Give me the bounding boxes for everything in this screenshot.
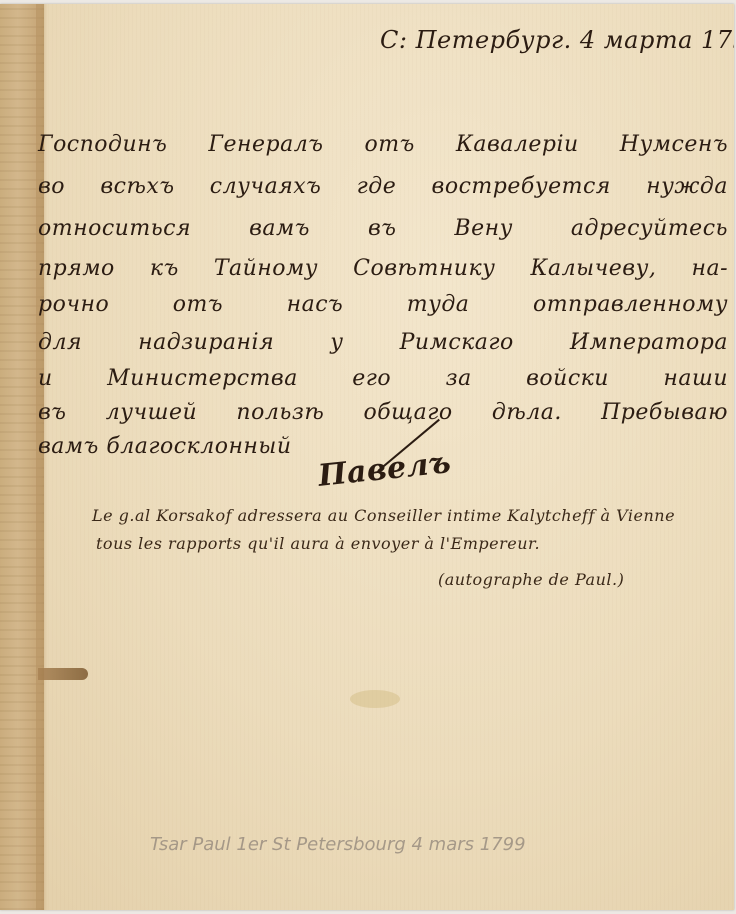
- stain-drip: [38, 668, 88, 680]
- body-line: для надзиранiя у Римскаго Императора: [38, 330, 728, 355]
- french-note-attribution: (autographe de Paul.): [438, 570, 624, 589]
- body-line: и Министерства его за войски наши: [38, 366, 728, 391]
- place-date-header: С: Петербург. 4 марта 1799: [380, 26, 734, 54]
- paper-spot: [350, 690, 400, 708]
- french-note-line: Le g.al Korsakof adressera au Conseiller…: [92, 506, 675, 525]
- signature: Павелъ: [317, 445, 453, 494]
- body-line: во всѣхъ случаяхъ где востребуется нужда: [38, 174, 728, 199]
- body-line: прямо къ Тайному Совѣтнику Калычеву, на-: [38, 256, 728, 281]
- letter-sheet: С: Петербург. 4 марта 1799 Господинъ Ген…: [0, 4, 734, 910]
- body-line: относиться вамъ въ Вену адресуйтесь: [38, 216, 728, 241]
- body-line: Господинъ Генералъ отъ Кавалерiи Нумсенъ: [38, 132, 728, 157]
- body-line: рочно отъ насъ туда отправленному: [38, 292, 728, 317]
- french-note-line: tous les rapports qu'il aura à envoyer à…: [96, 534, 540, 553]
- closing-line: вамъ благосклонный: [38, 434, 292, 459]
- body-line: въ лучшей пользѣ общаго дѣла. Пребываю: [38, 400, 728, 425]
- pencil-annotation: Tsar Paul 1er St Petersbourg 4 mars 1799: [150, 834, 526, 855]
